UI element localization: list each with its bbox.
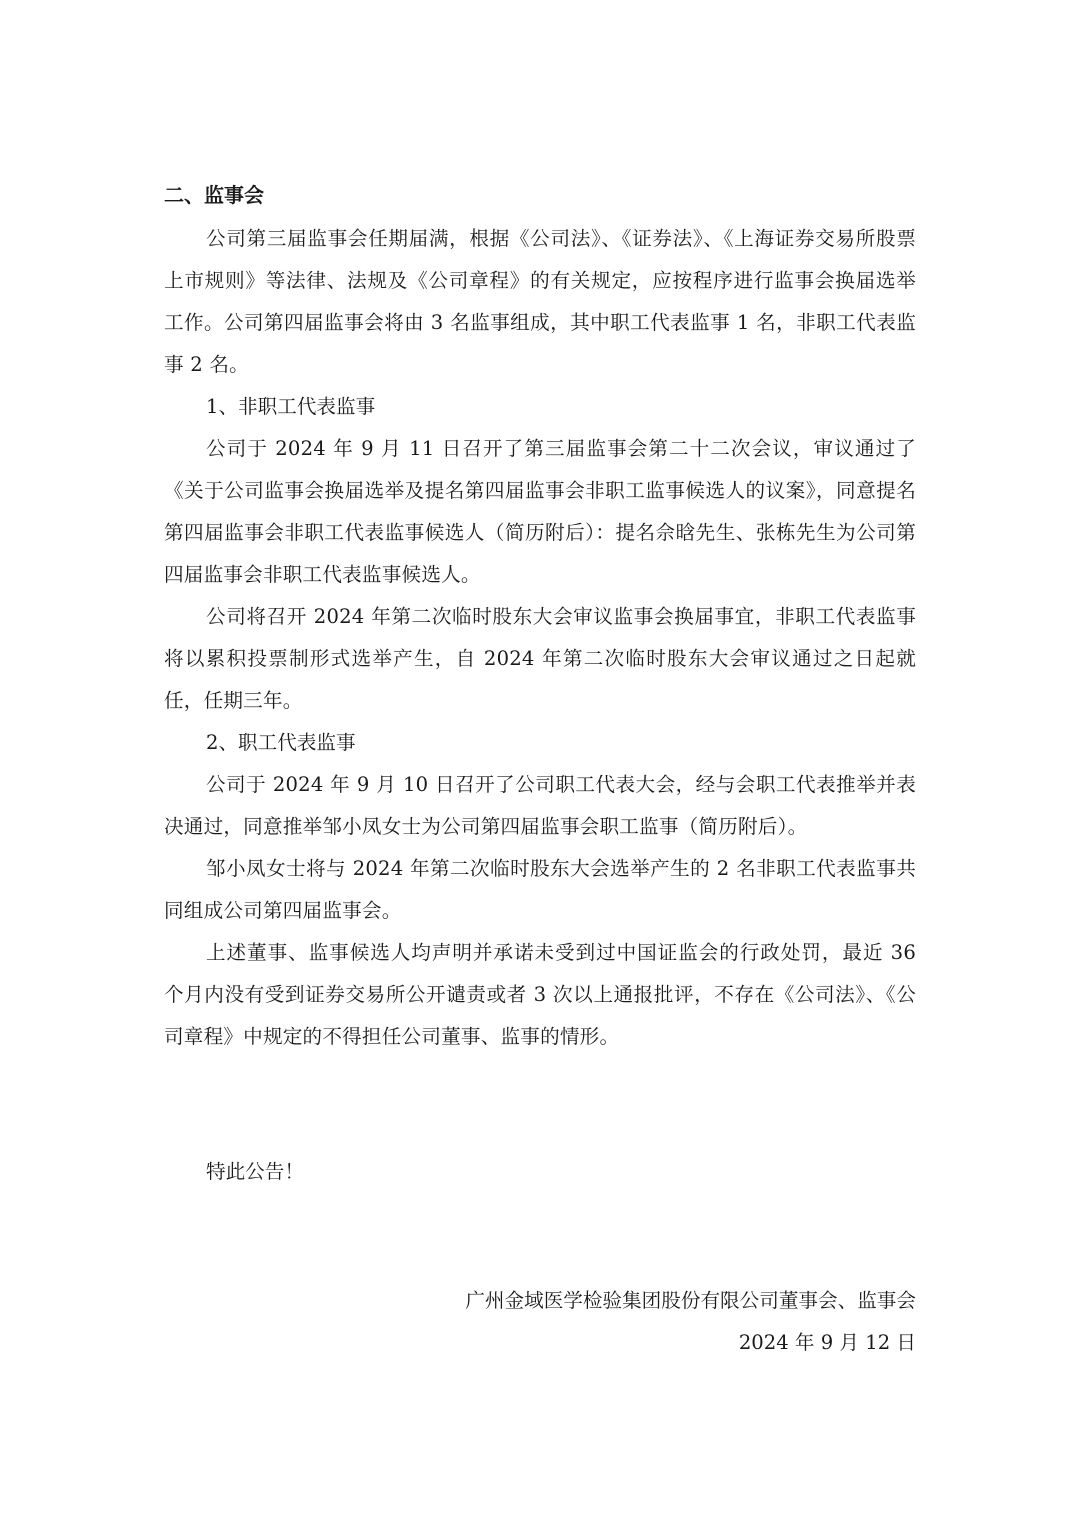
- document-body: 二、监事会 公司第三届监事会任期届满，根据《公司法》、《证券法》、《上海证券交易…: [164, 176, 916, 1058]
- signature-organization: 广州金域医学检验集团股份有限公司董事会、监事会: [465, 1280, 916, 1322]
- signature-date: 2024 年 9 月 12 日: [465, 1322, 916, 1364]
- paragraph-employee-election: 公司于 2024 年 9 月 10 日召开了公司职工代表大会，经与会职工代表推举…: [164, 764, 916, 848]
- document-page: 二、监事会 公司第三届监事会任期届满，根据《公司法》、《证券法》、《上海证券交易…: [0, 0, 1080, 1527]
- intro-paragraph: 公司第三届监事会任期届满，根据《公司法》、《证券法》、《上海证券交易所股票上市规…: [164, 218, 916, 386]
- paragraph-nomination: 公司于 2024 年 9 月 11 日召开了第三届监事会第二十二次会议，审议通过…: [164, 428, 916, 596]
- paragraph-board-composition: 邹小凤女士将与 2024 年第二次临时股东大会选举产生的 2 名非职工代表监事共…: [164, 848, 916, 932]
- signature-block: 广州金域医学检验集团股份有限公司董事会、监事会 2024 年 9 月 12 日: [465, 1280, 916, 1364]
- section-heading: 二、监事会: [164, 176, 916, 218]
- subsection-title-non-employee: 1、非职工代表监事: [164, 386, 916, 428]
- paragraph-declaration: 上述董事、监事候选人均声明并承诺未受到过中国证监会的行政处罚，最近 36 个月内…: [164, 932, 916, 1058]
- paragraph-shareholder-meeting: 公司将召开 2024 年第二次临时股东大会审议监事会换届事宜，非职工代表监事将以…: [164, 596, 916, 722]
- closing-statement: 特此公告！: [206, 1152, 304, 1192]
- subsection-title-employee: 2、职工代表监事: [164, 722, 916, 764]
